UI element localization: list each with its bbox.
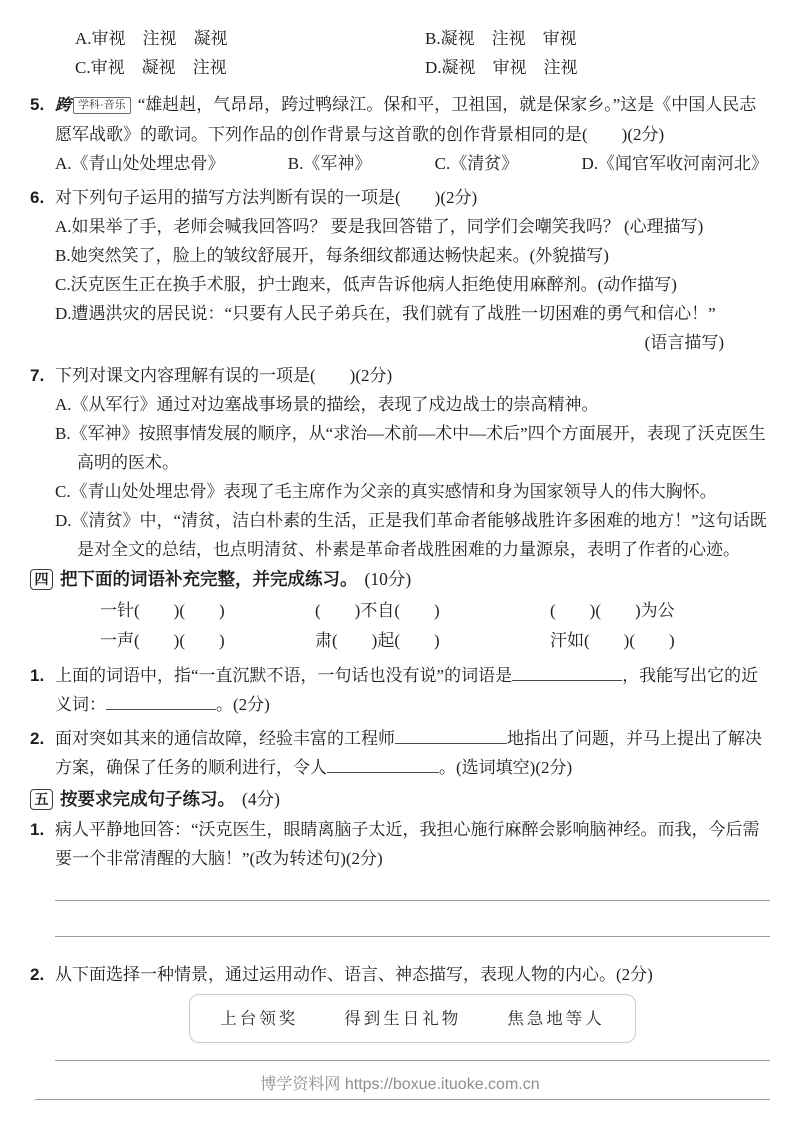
- sub-question-text: 上面的词语中，指“一直沉默不语，一句话也没有说”的词语是，我能写出它的近义词：。…: [55, 661, 770, 719]
- option-d: D.《清贫》中，“清贫，洁白朴素的生活，正是我们革命者能够战胜许多困难的地方！”…: [55, 506, 770, 564]
- footer: 博学资料网 https://boxue.ituoke.com.cn: [30, 1075, 770, 1095]
- option-b: B.凝视 注视 审视: [425, 24, 770, 53]
- question-7-stem: 下列对课文内容理解有误的一项是( )(2分): [55, 361, 770, 390]
- text-segment: 面对突如其来的通信故障，经验丰富的工程师: [55, 729, 395, 748]
- sub-question-text: 面对突如其来的通信故障，经验丰富的工程师地指出了问题，并马上提出了解决方案，确保…: [55, 724, 770, 782]
- answer-line: [55, 1060, 770, 1061]
- answer-blank: [512, 667, 622, 681]
- option-b: B.《军神》按照事情发展的顺序，从“求治—术前—术中—术后”四个方面展开，表现了…: [55, 419, 770, 477]
- question-7: 7. 下列对课文内容理解有误的一项是( )(2分) A.《从军行》通过对边塞战事…: [30, 361, 770, 564]
- cross-subject-badge-label: 学科·音乐: [73, 97, 131, 114]
- answer-line: [55, 936, 770, 937]
- sub-question-text: 病人平静地回答：“沃克医生，眼睛离脑子太近，我担心施行麻醉会影响脑神经。而我，今…: [55, 815, 770, 873]
- footer-url-link[interactable]: https://boxue.ituoke.com.cn: [345, 1076, 540, 1093]
- option-c: C.《青山处处埋忠骨》表现了毛主席作为父亲的真实感情和身为国家领导人的伟大胸怀。: [55, 477, 770, 506]
- option-d-annotation: (语言描写): [55, 328, 770, 357]
- scenario-option: 上台领奖: [220, 1004, 298, 1033]
- section-5-sub2: 2. 从下面选择一种情景，通过运用动作、语言、神态描写，表现人物的内心。(2分)…: [30, 960, 770, 1043]
- answer-blank: [106, 696, 216, 710]
- sub-question-number: 1.: [30, 661, 44, 690]
- question-6: 6. 对下列句子运用的描写方法判断有误的一项是( )(2分) A.如果举了手，老…: [30, 183, 770, 357]
- word-item: ( )不自( ): [315, 596, 550, 626]
- question-5-number: 5.: [30, 90, 44, 119]
- section-5-title: 按要求完成句子练习。: [60, 788, 235, 810]
- option-a: A.审视 注视 凝视: [75, 24, 425, 53]
- sub-question-number: 1.: [30, 815, 44, 844]
- word-item: 一针( )( ): [100, 596, 315, 626]
- worksheet-page: A.审视 注视 凝视 B.凝视 注视 审视 C.审视 凝视 注视 D.凝视 审视…: [0, 0, 793, 1122]
- question4-options-grid: A.审视 注视 凝视 B.凝视 注视 审视 C.审视 凝视 注视 D.凝视 审视…: [30, 24, 770, 82]
- option-b: B.《军神》: [288, 149, 372, 178]
- answer-line: [55, 900, 770, 901]
- option-d: D.凝视 审视 注视: [425, 53, 770, 82]
- section-5-marker: 五: [30, 789, 53, 810]
- sub-question-number: 2.: [30, 724, 44, 753]
- question-5-text: “雄赳赳，气昂昂，跨过鸭绿江。保和平，卫祖国，就是保家乡。”这是《中国人民志愿军…: [55, 95, 756, 144]
- option-a: A.《从军行》通过对边塞战事场景的描绘，表现了戍边战士的崇高精神。: [55, 390, 770, 419]
- footer-site-name: 博学资料网: [260, 1076, 340, 1093]
- section-4-marker: 四: [30, 569, 53, 590]
- option-b: B.她突然笑了，脸上的皱纹舒展开，每条细纹都通达畅快起来。(外貌描写): [55, 241, 770, 270]
- answer-blank: [395, 730, 507, 744]
- word-row-2: 一声( )( ) 肃( )起( ) 汗如( )( ): [100, 626, 770, 656]
- section-4-header: 四 把下面的词语补充完整，并完成练习。 (10分): [30, 568, 770, 590]
- question-5-stem: 跨学科·音乐“雄赳赳，气昂昂，跨过鸭绿江。保和平，卫祖国，就是保家乡。”这是《中…: [55, 90, 770, 149]
- word-item: ( )( )为公: [550, 596, 770, 626]
- cross-subject-badge-char: 跨: [55, 97, 71, 114]
- scenario-option: 得到生日礼物: [344, 1004, 461, 1033]
- scenario-box-wrap: 上台领奖 得到生日礼物 焦急地等人: [55, 994, 770, 1043]
- option-d: D.遭遇洪灾的居民说：“只要有人民子弟兵在，我们就有了战胜一切困难的勇气和信心！…: [55, 299, 770, 328]
- section-5-score: (4分): [242, 788, 280, 810]
- option-a: A.如果举了手，老师会喊我回答吗？ 要是我回答错了，同学们会嘲笑我吗？ (心理描…: [55, 212, 770, 241]
- word-item: 汗如( )( ): [550, 626, 770, 656]
- option-c: C.审视 凝视 注视: [75, 53, 425, 82]
- answer-blank: [327, 759, 439, 773]
- section-4-sub1: 1. 上面的词语中，指“一直沉默不语，一句话也没有说”的词语是，我能写出它的近义…: [30, 661, 770, 719]
- word-completion-rows: 一针( )( ) ( )不自( ) ( )( )为公 一声( )( ) 肃( )…: [30, 596, 770, 656]
- option-c: C.沃克医生正在换手术服，护士跑来，低声告诉他病人拒绝使用麻醉剂。(动作描写): [55, 270, 770, 299]
- section-4-sub2: 2. 面对突如其来的通信故障，经验丰富的工程师地指出了问题，并马上提出了解决方案…: [30, 724, 770, 782]
- option-a: A.《青山处处埋忠骨》: [55, 149, 225, 178]
- sub-question-text: 从下面选择一种情景，通过运用动作、语言、神态描写，表现人物的内心。(2分): [55, 960, 770, 989]
- question-6-number: 6.: [30, 183, 44, 212]
- option-c: C.《清贫》: [435, 149, 519, 178]
- text-segment: 上面的词语中，指“一直沉默不语，一句话也没有说”的词语是: [55, 666, 512, 685]
- question-7-number: 7.: [30, 361, 44, 390]
- word-item: 肃( )起( ): [315, 626, 550, 656]
- scenario-choice-box: 上台领奖 得到生日礼物 焦急地等人: [189, 994, 636, 1043]
- footer-rule-line: [35, 1099, 770, 1100]
- scenario-option: 焦急地等人: [507, 1004, 605, 1033]
- text-segment: 。(选词填空)(2分): [439, 758, 572, 777]
- question-5-options: A.《青山处处埋忠骨》 B.《军神》 C.《清贫》 D.《闻官军收河南河北》: [55, 149, 770, 178]
- sub-question-number: 2.: [30, 960, 44, 989]
- text-segment: 。(2分): [216, 695, 270, 714]
- section-5-header: 五 按要求完成句子练习。 (4分): [30, 788, 770, 810]
- question-5: 5. 跨学科·音乐“雄赳赳，气昂昂，跨过鸭绿江。保和平，卫祖国，就是保家乡。”这…: [30, 90, 770, 178]
- section-4-title: 把下面的词语补充完整，并完成练习。: [60, 568, 358, 590]
- section-5-sub1: 1. 病人平静地回答：“沃克医生，眼睛离脑子太近，我担心施行麻醉会影响脑神经。而…: [30, 815, 770, 873]
- word-item: 一声( )( ): [100, 626, 315, 656]
- question-6-stem: 对下列句子运用的描写方法判断有误的一项是( )(2分): [55, 183, 770, 212]
- option-d: D.《闻官军收河南河北》: [581, 149, 768, 178]
- section-4-score: (10分): [365, 568, 412, 590]
- word-row-1: 一针( )( ) ( )不自( ) ( )( )为公: [100, 596, 770, 626]
